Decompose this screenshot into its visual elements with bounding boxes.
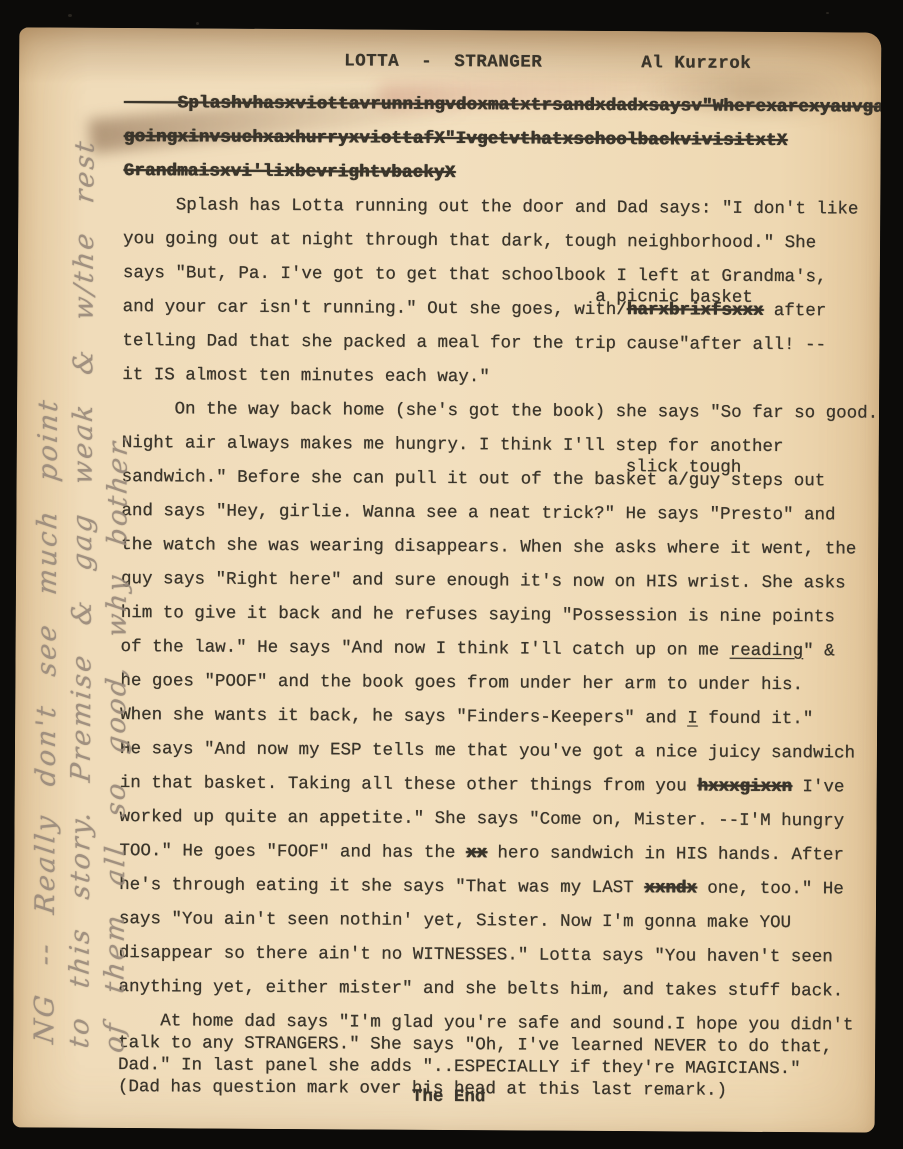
margin-note-line: to this story. Premise & gag weak & w/th… [64, 146, 104, 1050]
typed-line: When she wants it back, he says "Finders… [120, 705, 880, 744]
margin-note-line: NG -- Really don't see much point [29, 141, 69, 1045]
typed-line: disappear so there ain't no WITNESSES." … [119, 943, 879, 982]
typed-line: worked up quite an appetite." She says "… [119, 807, 879, 846]
typed-line: it IS almost ten minutes each way." [122, 365, 881, 404]
typed-line: and says "Hey, girlie. Wanna see a neat … [121, 501, 881, 540]
margin-note-handwriting: NG -- Really don't see much point to thi… [29, 141, 139, 1055]
typed-line: Night air always makes me hungry. I thin… [122, 433, 882, 472]
typed-line: in that basket. Taking all these other t… [120, 773, 880, 812]
typed-line: anything yet, either mister" and she bel… [118, 977, 878, 1016]
typed-line: Splash has Lotta running out the door an… [123, 195, 881, 234]
typed-line: you going out at night through that dark… [123, 229, 881, 268]
struck-header-line: Splashvhasxviottavrunningvdoxmatxtrsandx… [124, 93, 882, 132]
interlinear-insertion: a picnic basket [595, 287, 753, 309]
typed-body: LOTTA - STRANGER Al Kurzrok Splashvhasxv… [118, 50, 882, 1124]
typed-line: TOO." He goes "FOOF" and has the xx hero… [119, 841, 879, 880]
typed-line: On the way back home (she's got the book… [122, 399, 881, 438]
struck-header-line: Grandmaisxvi'lixbevrightvbackyX [123, 161, 881, 200]
typed-line: says "You ain't seen nothin' yet, Sister… [119, 909, 879, 948]
typed-line: he's through eating it she says "That wa… [119, 875, 879, 914]
typed-line: and your car isn't running." Out she goe… [123, 297, 882, 336]
scan-background: LOTTA - STRANGER Al Kurzrok Splashvhasxv… [0, 0, 903, 1149]
typed-line: the watch she was wearing disappears. Wh… [121, 535, 881, 574]
typed-line: sandwich." Before she can pull it out of… [121, 467, 881, 506]
typed-line: telling Dad that she packed a meal for t… [122, 331, 881, 370]
end-line: The End [118, 1085, 878, 1124]
margin-note-line: of them all so good, why bother. [99, 150, 139, 1054]
struck-header-line: goingxinvsuchxaxhurryxviottafX"Ivgetvtha… [124, 127, 882, 166]
typed-line: says "But, Pa. I've got to get that scho… [123, 263, 882, 302]
dust-speck [196, 22, 199, 25]
dust-speck [68, 14, 72, 17]
paper-sheet: LOTTA - STRANGER Al Kurzrok Splashvhasxv… [13, 27, 882, 1132]
typed-line: guy says "Right here" and sure enough it… [121, 569, 881, 608]
dust-speck [826, 12, 829, 14]
typed-line: He says "And now my ESP tells me that yo… [120, 739, 880, 778]
title-line: LOTTA - STRANGER Al Kurzrok [124, 50, 881, 98]
interlinear-insertion: slick tough [626, 457, 742, 479]
typed-line: him to give it back and he refuses sayin… [121, 603, 881, 642]
typed-line: of the law." He says "And now I think I'… [120, 637, 880, 676]
typed-line: he goes "POOF" and the book goes from un… [120, 671, 880, 710]
